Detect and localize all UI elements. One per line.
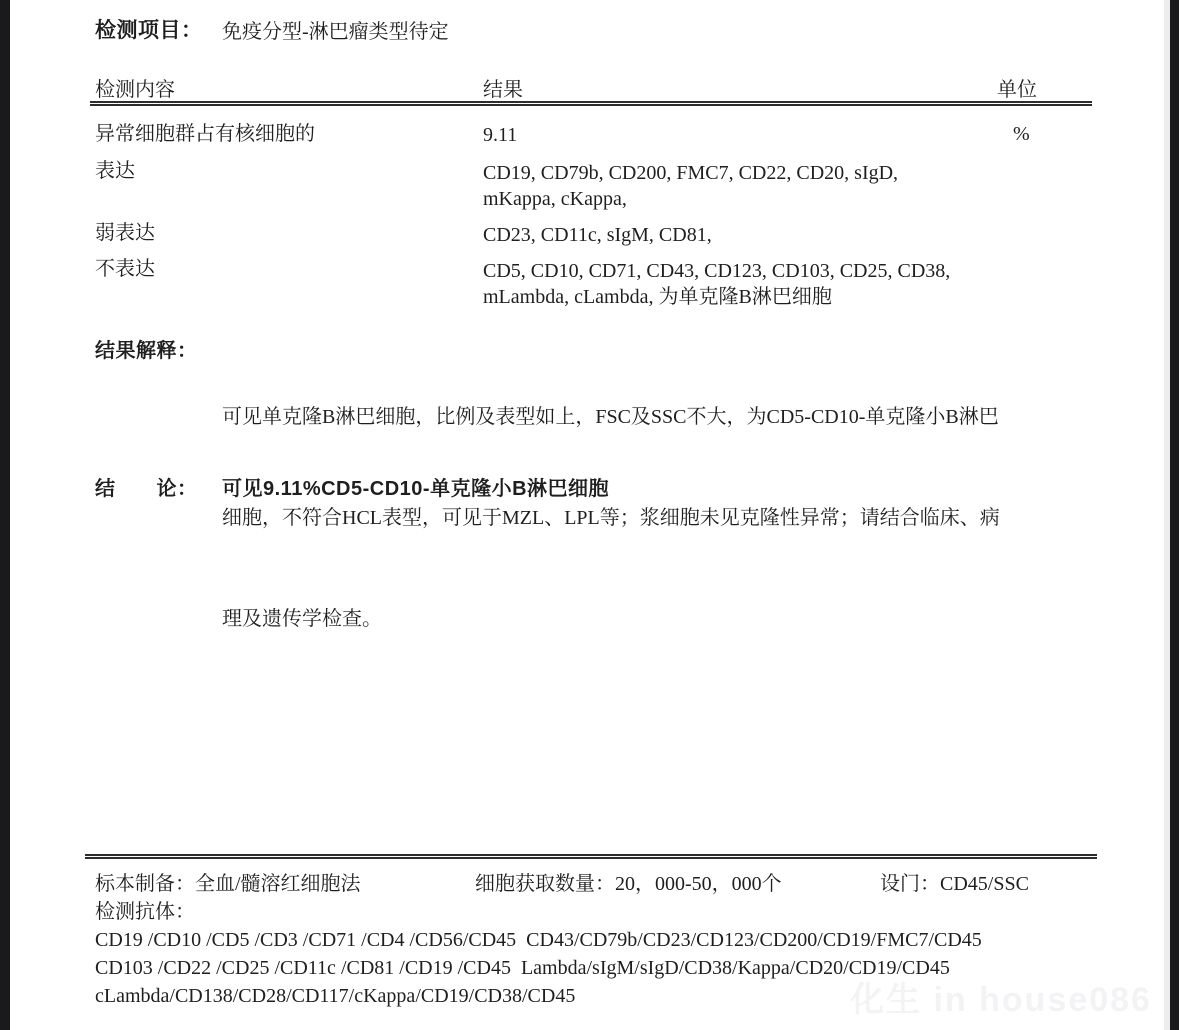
test-item-value: 免疫分型-淋巴瘤类型待定 bbox=[222, 20, 449, 44]
table-row-content: 表达 bbox=[95, 159, 135, 183]
interpretation-text: 可见单克隆B淋巴细胞，比例及表型如上，FSC及SSC不大，为CD5-CD10-单… bbox=[222, 334, 1000, 704]
antibody-panel-line: CD103 /CD22 /CD25 /CD11c /CD81 /CD19 /CD… bbox=[95, 956, 950, 980]
table-row-unit: % bbox=[1013, 122, 1030, 146]
footer-rule bbox=[85, 854, 1097, 859]
conclusion-label: 结 论： bbox=[95, 477, 198, 501]
screen-edge-right-bar bbox=[1170, 0, 1179, 1030]
column-header-unit: 单位 bbox=[997, 78, 1037, 102]
table-row-content: 弱表达 bbox=[95, 221, 155, 245]
table-header-rule bbox=[90, 101, 1092, 106]
interpretation-line: 理及遗传学检查。 bbox=[222, 603, 1000, 637]
antibody-panel-label: 检测抗体： bbox=[95, 900, 195, 924]
antibody-panel-line: cLambda/CD138/CD28/CD117/cKappa/CD19/CD3… bbox=[95, 984, 575, 1008]
table-row-content: 不表达 bbox=[95, 257, 155, 281]
table-row-result: CD23, CD11c, sIgM, CD81, bbox=[483, 223, 712, 247]
lab-report-page: 检测项目： 免疫分型-淋巴瘤类型待定 检测内容 结果 单位 异常细胞群占有核细胞… bbox=[0, 0, 1179, 1030]
table-row-result: mKappa, cKappa, bbox=[483, 187, 627, 211]
table-row-result: CD5, CD10, CD71, CD43, CD123, CD103, CD2… bbox=[483, 259, 950, 283]
interpretation-line: 可见单克隆B淋巴细胞，比例及表型如上，FSC及SSC不大，为CD5-CD10-单… bbox=[222, 401, 1000, 435]
test-item-label: 检测项目： bbox=[95, 18, 203, 43]
watermark-text: 化生 in house086 bbox=[850, 972, 1152, 1021]
gating-strategy: 设门：CD45/SSC bbox=[880, 872, 1029, 896]
specimen-preparation: 标本制备：全血/髓溶红细胞法 bbox=[95, 872, 361, 896]
table-row-result: 9.11 bbox=[483, 123, 517, 147]
interpretation-line: 细胞，不符合HCL表型，可见于MZL、LPL等；浆细胞未见克隆性异常；请结合临床… bbox=[222, 502, 1000, 536]
antibody-panel-line: CD19 /CD10 /CD5 /CD3 /CD71 /CD4 /CD56/CD… bbox=[95, 928, 982, 952]
column-header-content: 检测内容 bbox=[95, 78, 175, 102]
column-header-result: 结果 bbox=[483, 78, 523, 102]
conclusion-value: 可见9.11%CD5-CD10-单克隆小B淋巴细胞 bbox=[222, 477, 609, 501]
screen-edge-left-bar bbox=[0, 0, 10, 1030]
table-row-result: CD19, CD79b, CD200, FMC7, CD22, CD20, sI… bbox=[483, 161, 898, 185]
table-row-result: mLambda, cLambda, 为单克隆B淋巴细胞 bbox=[483, 285, 832, 309]
table-row-content: 异常细胞群占有核细胞的 bbox=[95, 122, 315, 146]
interpretation-label: 结果解释： bbox=[95, 339, 198, 363]
cell-acquisition-count: 细胞获取数量：20，000-50，000个 bbox=[475, 872, 782, 896]
